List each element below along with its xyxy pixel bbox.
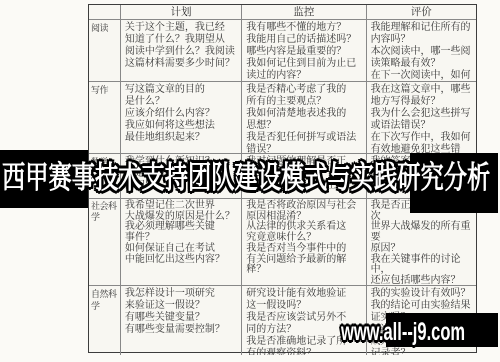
cell-evaluate: 我在这篇文章中，哪些 地方写得最好？ 我为什么会犯这些拼写 或语法错误？ 在下次… xyxy=(367,82,476,153)
header-evaluate: 评价 xyxy=(367,5,476,19)
cell-monitor: 我有哪些不懂的地方？ 我能用自己的话描述吗？ 哪些内容是最重要的？ 我如何记住到… xyxy=(242,20,366,81)
cell-monitor: 我是否精心考虑了我的 所有的主要观点？ 我如何清楚地表述我的 思想？ 我是否犯任… xyxy=(242,82,366,153)
row-label: 自然科学 xyxy=(89,286,121,355)
site-url-watermark: www.all--j9.com xyxy=(341,317,465,347)
row-label: 写作 xyxy=(89,82,121,153)
cell-evaluate: 我能理解和记住所有的 内容吗？ 本次阅读中，哪一些阅 读策略最有效？ 在下一次阅… xyxy=(367,20,476,81)
table-row-reading: 阅读 关于这个主题，我已经 知道了什么？我期望从 阅读中学到什么？我阅读 这篇材… xyxy=(89,20,476,82)
cell-plan: 关于这个主题，我已经 知道了什么？我期望从 阅读中学到什么？我阅读 这篇材料需要… xyxy=(121,20,242,81)
header-plan: 计划 xyxy=(121,5,242,19)
table-header-row: 计划 监控 评价 xyxy=(89,5,476,20)
watermark-headline: 西甲赛事技术支持团队建设模式与实践研究分析 xyxy=(2,160,490,196)
cell-plan: 我怎样设计一项研究 来验证这一假设？ 有哪些关键变量？ 有哪些变量需要控制？ xyxy=(121,286,242,355)
cell-plan: 我希望记住二次世界 大战爆发的原因是什么？ 我必须理解哪些关键 事件？ 如何保证… xyxy=(121,199,242,285)
cell-monitor: 我是否将政治原因与社会 原因相混淆？ 从法律的供求关系看这 究竟意味什么？ 我是… xyxy=(242,199,366,285)
header-monitor: 监控 xyxy=(242,5,366,19)
table-row-writing: 写作 写这篇文章的目的 是什么？ 应该介绍什么内容？ 我应如何将这些想法 最佳地… xyxy=(89,82,476,154)
row-label: 阅读 xyxy=(89,20,121,81)
row-label: 社会科学 xyxy=(89,199,121,285)
header-corner-cell xyxy=(89,5,121,19)
cell-plan: 写这篇文章的目的 是什么？ 应该介绍什么内容？ 我应如何将这些想法 最佳地组织起… xyxy=(121,82,242,153)
